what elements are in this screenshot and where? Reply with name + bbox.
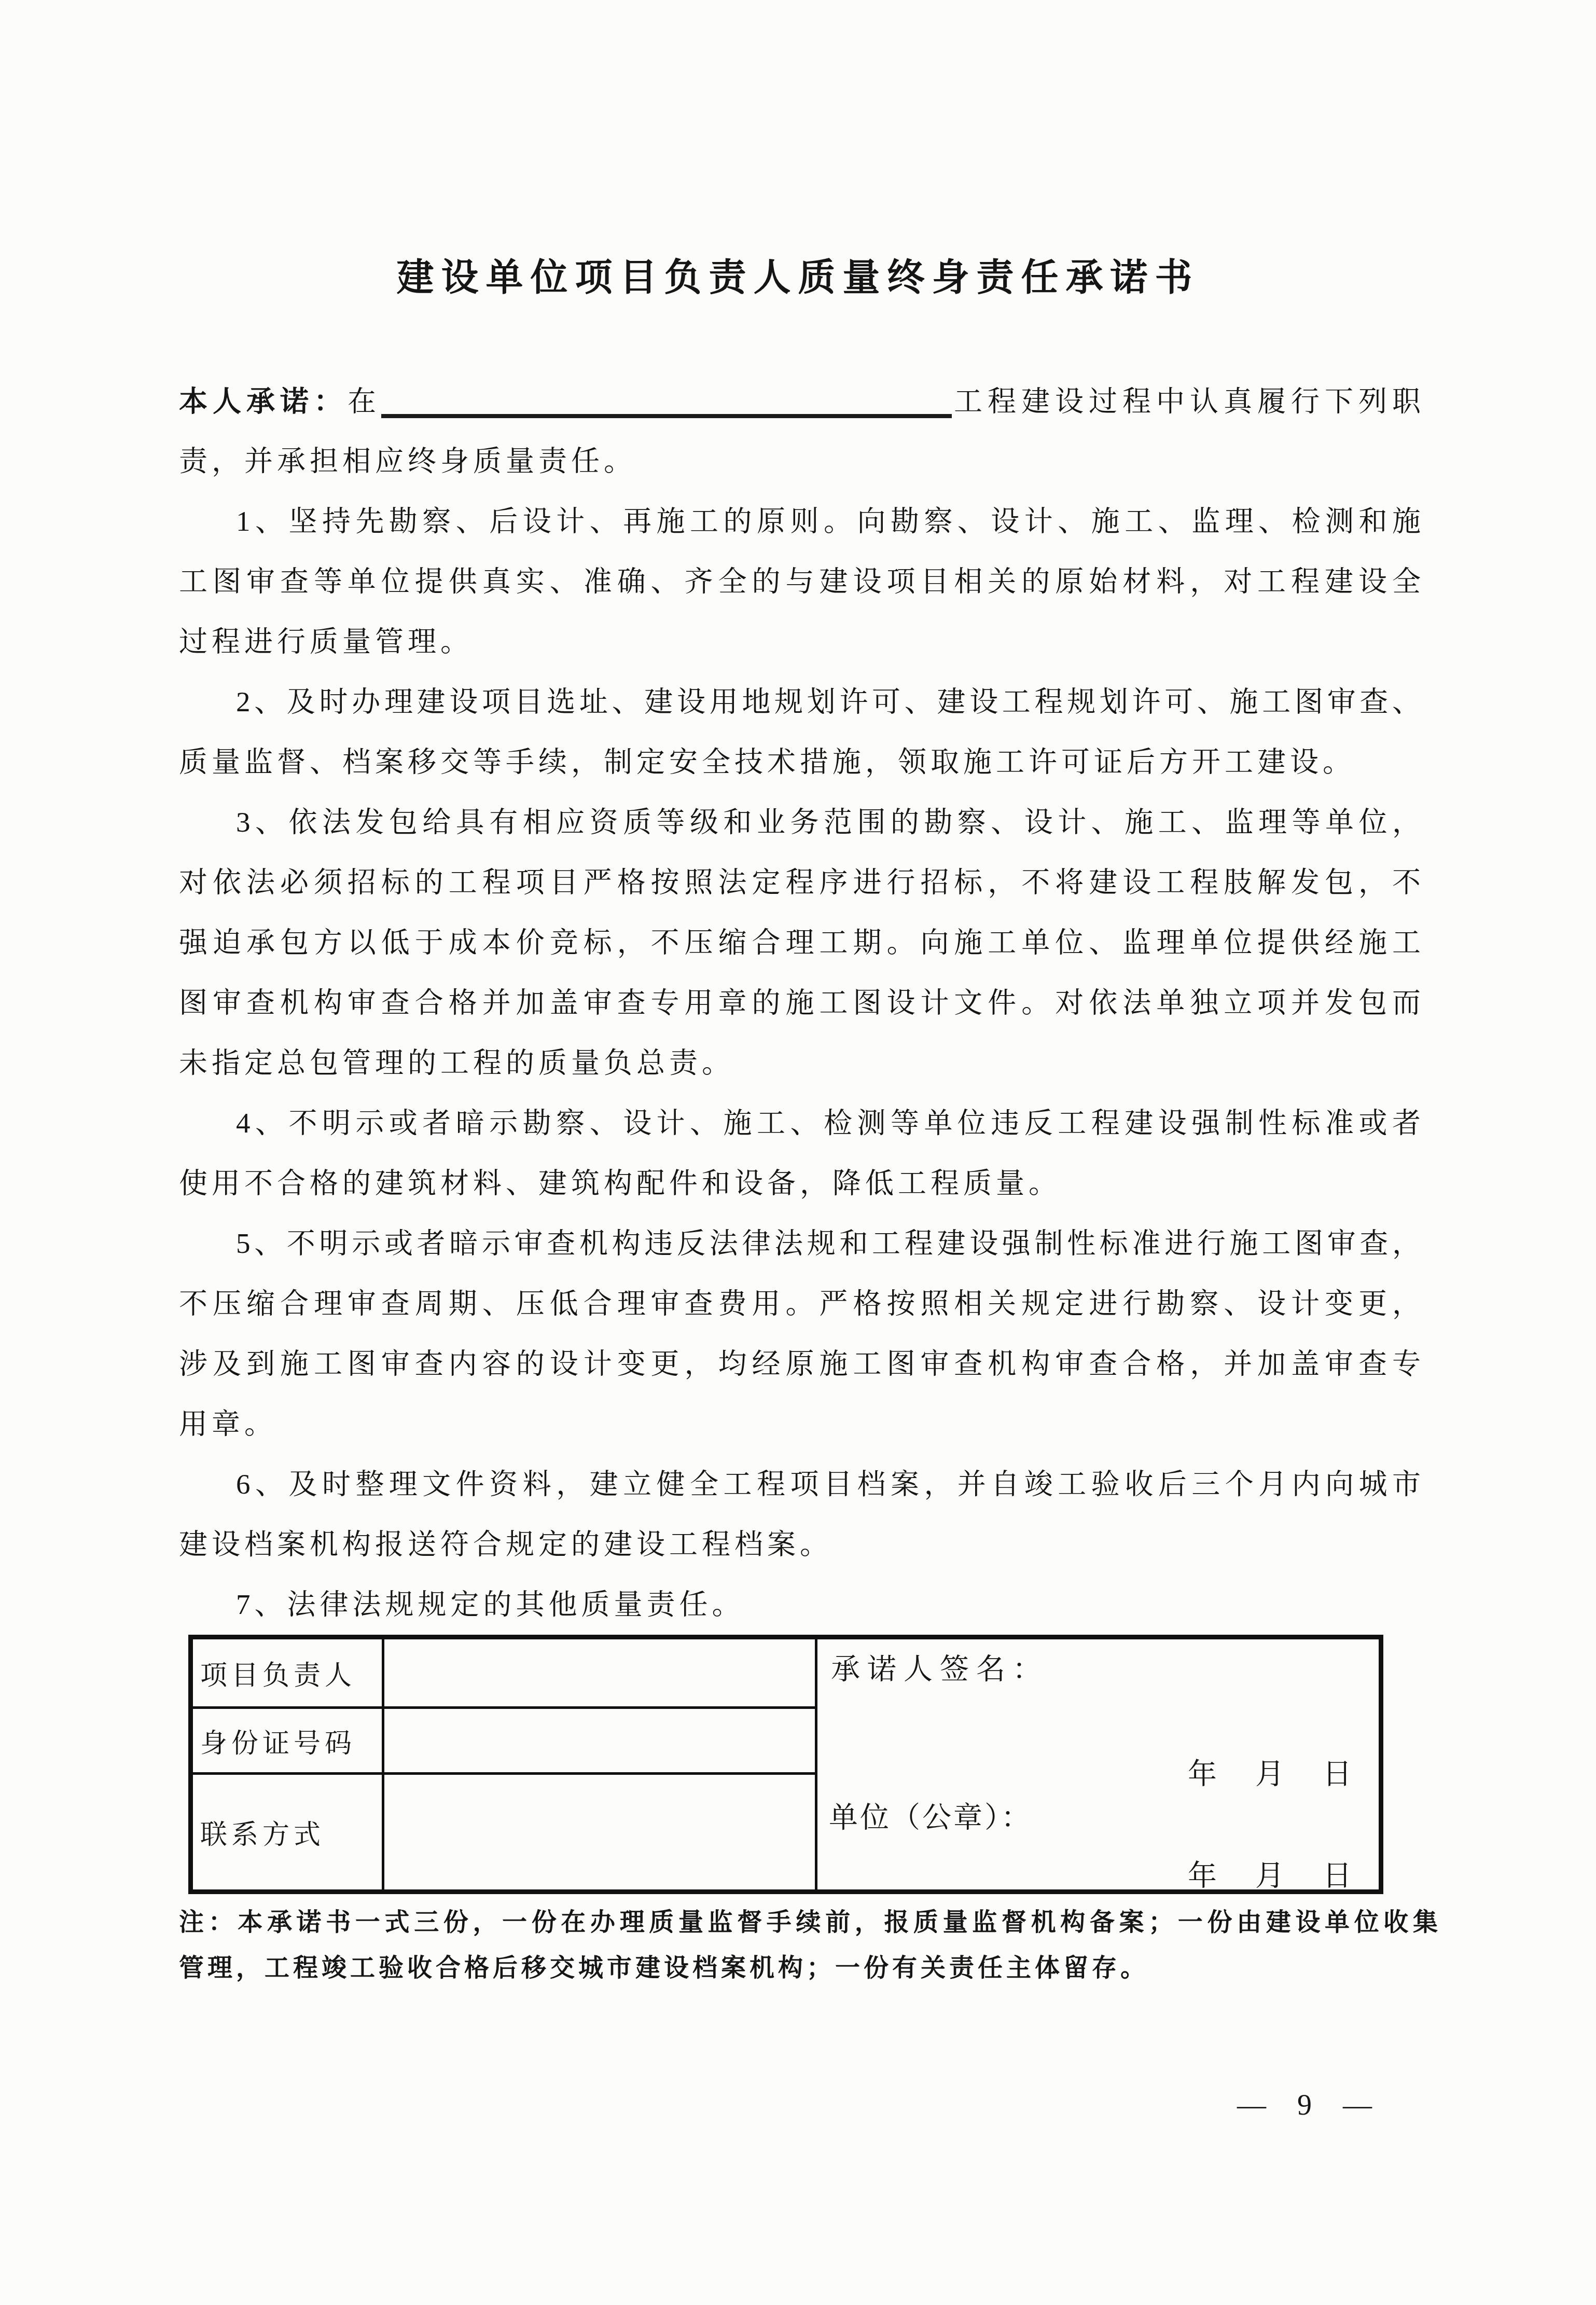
table-row: 项目负责人 承诺人签名： 年 月 日 单位（公章）： 年 月 日	[191, 1637, 1381, 1708]
signature-date-line-2: 年 月 日	[1188, 1859, 1354, 1893]
document-page: 建设单位项目负责人质量终身责任承诺书 本人承诺：在工程建设过程中认真履行下列职 …	[0, 0, 1596, 2305]
footnote-line-1: 注：本承诺书一式三份，一份在办理质量监督手续前，报质量监督机构备案；一份由建设单…	[179, 1900, 1440, 1945]
label-contact-info: 联系方式	[191, 1774, 383, 1892]
body-line: 建设档案机构报送符合规定的建设工程档案。	[179, 1514, 1424, 1575]
body-line: 涉及到施工图审查内容的设计变更，均经原施工图审查机构审查合格，并加盖审查专	[179, 1334, 1424, 1394]
intro-line-1-rest: 工程建设过程中认真履行下列职	[952, 385, 1424, 417]
body-line: 7、法律法规规定的其他质量责任。	[179, 1575, 1424, 1635]
body-line: 6、及时整理文件资料，建立健全工程项目档案，并自竣工验收后三个月内向城市	[179, 1454, 1424, 1514]
body-line: 未指定总包管理的工程的质量负总责。	[179, 1033, 1424, 1093]
intro-line-1: 本人承诺：在工程建设过程中认真履行下列职	[179, 371, 1424, 431]
signatory-info-table: 项目负责人 承诺人签名： 年 月 日 单位（公章）： 年 月 日 身份证号码 联…	[188, 1635, 1383, 1894]
signature-date-line-1: 年 月 日	[1188, 1758, 1354, 1791]
body-line: 3、依法发包给具有相应资质等级和业务范围的勘察、设计、施工、监理等单位，	[179, 792, 1424, 852]
page-number: — 9 —	[1237, 2089, 1377, 2122]
intro-line-2: 责，并承担相应终身质量责任。	[179, 431, 1424, 491]
body-line: 2、及时办理建设项目选址、建设用地规划许可、建设工程规划许可、施工图审查、	[179, 672, 1424, 732]
signature-cell: 承诺人签名： 年 月 日 单位（公章）： 年 月 日	[816, 1637, 1381, 1892]
body-line: 4、不明示或者暗示勘察、设计、施工、检测等单位违反工程建设强制性标准或者	[179, 1093, 1424, 1153]
value-id-number	[383, 1708, 816, 1774]
document-body: 本人承诺：在工程建设过程中认真履行下列职 责，并承担相应终身质量责任。 1、坚持…	[179, 371, 1424, 1635]
label-id-number: 身份证号码	[191, 1708, 383, 1774]
signer-signature-label: 承诺人签名：	[831, 1653, 1049, 1686]
project-name-blank-line	[381, 394, 952, 418]
body-line: 质量监督、档案移交等手续，制定安全技术措施，领取施工许可证后方开工建设。	[179, 732, 1424, 792]
body-line: 工图审查等单位提供真实、准确、齐全的与建设项目相关的原始材料，对工程建设全	[179, 551, 1424, 612]
body-line: 强迫承包方以低于成本价竞标，不压缩合理工期。向施工单位、监理单位提供经施工	[179, 913, 1424, 973]
intro-lead-cont: 在	[348, 385, 381, 417]
unit-seal-label: 单位（公章）：	[829, 1801, 1032, 1834]
body-line: 不压缩合理审查周期、压低合理审查费用。严格按照相关规定进行勘察、设计变更，	[179, 1274, 1424, 1334]
footnote-line-2: 管理，工程竣工验收合格后移交城市建设档案机构；一份有关责任主体留存。	[179, 1945, 1440, 1991]
body-line: 1、坚持先勘察、后设计、再施工的原则。向勘察、设计、施工、监理、检测和施	[179, 491, 1424, 551]
body-line: 图审查机构审查合格并加盖审查专用章的施工图设计文件。对依法单独立项并发包而	[179, 973, 1424, 1033]
paragraph-container: 1、坚持先勘察、后设计、再施工的原则。向勘察、设计、施工、监理、检测和施工图审查…	[179, 491, 1424, 1635]
label-project-leader: 项目负责人	[191, 1637, 383, 1708]
body-line: 使用不合格的建筑材料、建筑构配件和设备，降低工程质量。	[179, 1153, 1424, 1213]
footnote: 注：本承诺书一式三份，一份在办理质量监督手续前，报质量监督机构备案；一份由建设单…	[179, 1900, 1440, 1991]
value-contact-info	[383, 1774, 816, 1892]
body-line: 过程进行质量管理。	[179, 612, 1424, 672]
value-project-leader	[383, 1637, 816, 1708]
document-title: 建设单位项目负责人质量终身责任承诺书	[0, 255, 1596, 300]
body-line: 用章。	[179, 1394, 1424, 1454]
body-line: 5、不明示或者暗示审查机构违反法律法规和工程建设强制性标准进行施工图审查，	[179, 1213, 1424, 1274]
body-line: 对依法必须招标的工程项目严格按照法定程序进行招标，不将建设工程肢解发包，不	[179, 852, 1424, 913]
intro-lead-bold: 本人承诺：	[179, 385, 348, 417]
